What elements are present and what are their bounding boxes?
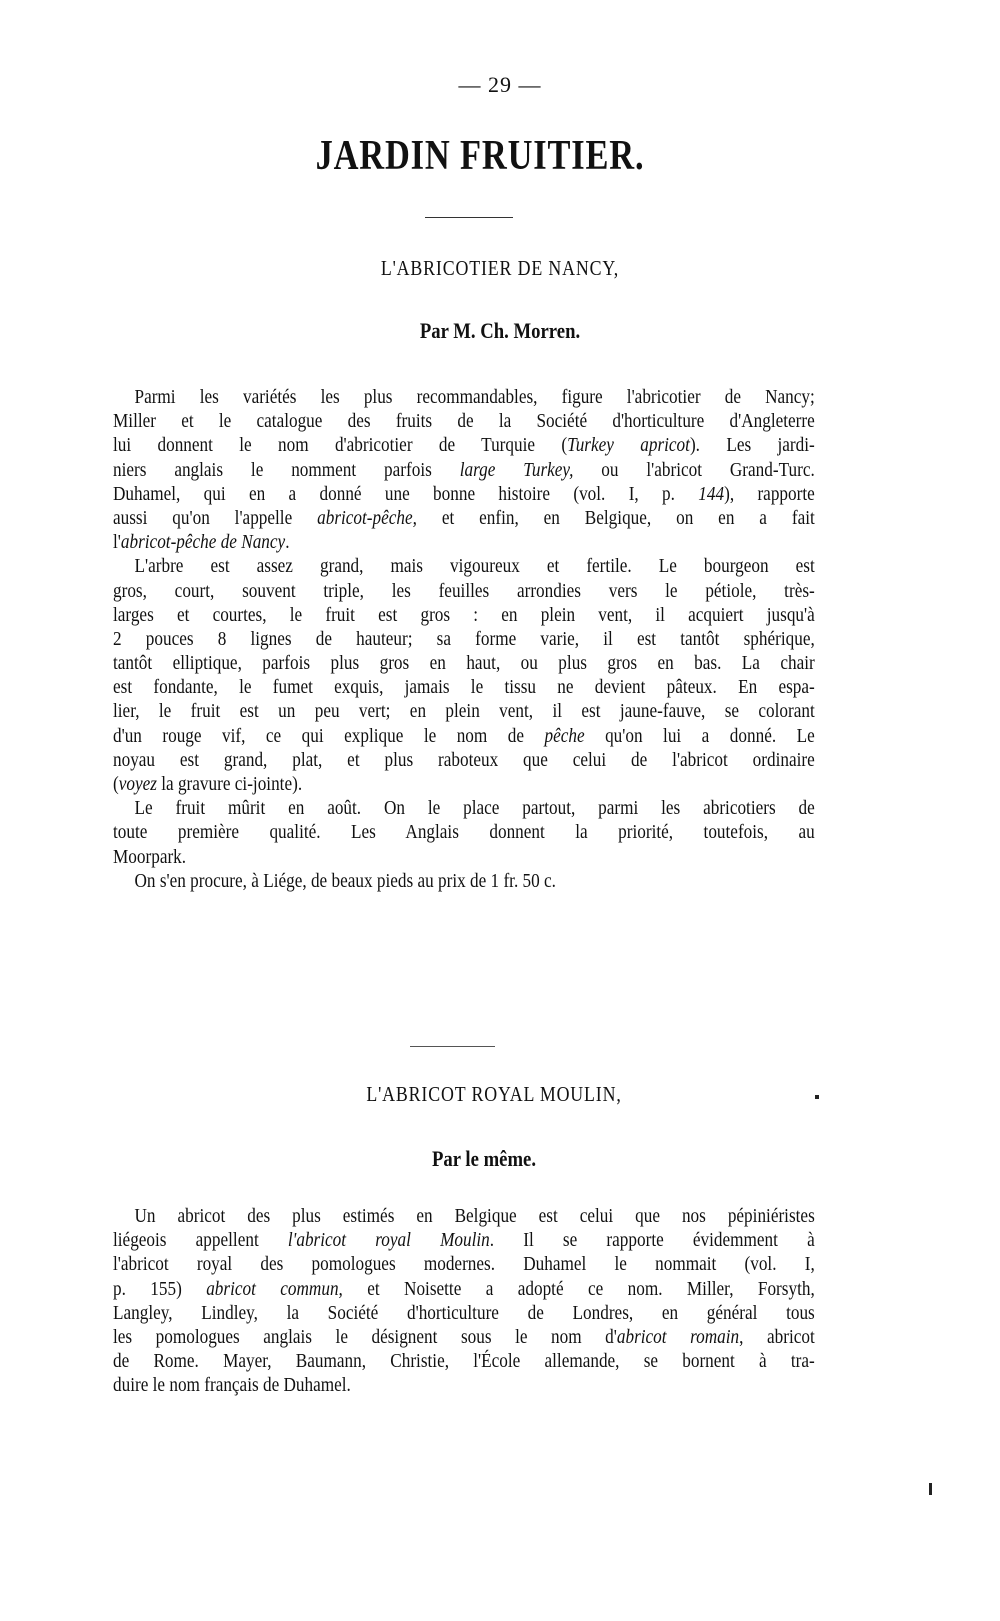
italic-text: abricot romain: [617, 1326, 739, 1348]
text-line: les pomologues anglais le désignent sous…: [113, 1325, 815, 1349]
italic-text: 144: [698, 483, 724, 505]
text-segment: gros, court, souvent triple, les feuille…: [113, 580, 815, 602]
text-segment: tantôt elliptique, parfois plus gros en …: [113, 652, 815, 674]
text-segment: l': [113, 531, 121, 553]
text-segment: de Rome. Mayer, Baumann, Christie, l'Éco…: [113, 1350, 815, 1372]
text-line: gros, court, souvent triple, les feuille…: [113, 579, 815, 603]
text-line: lier, le fruit est un peu vert; en plein…: [113, 699, 815, 723]
byline-par: Par: [432, 1146, 461, 1171]
text-line: Miller et le catalogue des fruits de la …: [113, 409, 815, 433]
text-line: est fondante, le fumet exquis, jamais le…: [113, 675, 815, 699]
text-line: liégeois appellent l'abricot royal Mouli…: [113, 1228, 815, 1252]
text-segment: Moorpark.: [113, 846, 186, 868]
text-segment: l'abricot royal des pomologues modernes.…: [113, 1253, 815, 1275]
italic-text: Turkey apricot: [567, 434, 690, 456]
byline-par: Par: [420, 318, 449, 343]
text-segment: et enfin, en Belgique, on en a fait: [417, 507, 815, 529]
text-segment: duire le nom français de Duhamel.: [113, 1374, 351, 1396]
section-divider: [410, 1046, 495, 1047]
italic-text: abricot commun,: [206, 1278, 343, 1300]
text-segment: Duhamel, qui en a donné une bonne histoi…: [113, 483, 698, 505]
byline-author: le même.: [465, 1146, 536, 1171]
text-line: 2 pouces 8 lignes de hauteur; sa forme v…: [113, 627, 815, 651]
title-divider: [425, 217, 513, 218]
text-segment: larges et courtes, le fruit est gros : e…: [113, 604, 815, 626]
text-segment: d'un rouge vif, ce qui explique le nom d…: [113, 725, 544, 747]
article-body: Parmi les variétés les plus recommandabl…: [113, 385, 815, 893]
text-segment: les pomologues anglais le désignent sous…: [113, 1326, 617, 1348]
text-segment: aussi qu'on l'appelle: [113, 507, 317, 529]
italic-text: voyez: [119, 773, 157, 795]
text-segment: et Noisette a adopté ce nom. Miller, For…: [343, 1278, 815, 1300]
text-segment: . Il se rapporte évidemment à: [490, 1229, 815, 1251]
italic-text: large Turkey,: [460, 459, 574, 481]
text-line: Moorpark.: [113, 845, 815, 869]
text-line: tantôt elliptique, parfois plus gros en …: [113, 651, 815, 675]
text-line: larges et courtes, le fruit est gros : e…: [113, 603, 815, 627]
italic-text: l'abricot royal Moulin: [288, 1229, 490, 1251]
text-line: Parmi les variétés les plus recommandabl…: [113, 385, 815, 409]
italic-text: abricot-pêche de Nancy: [121, 531, 285, 553]
text-segment: lui donnent le nom d'abricotier de Turqu…: [113, 434, 567, 456]
text-segment: L'arbre est assez grand, mais vigoureux …: [135, 555, 815, 577]
text-line: p. 155) abricot commun, et Noisette a ad…: [113, 1277, 815, 1301]
text-line: de Rome. Mayer, Baumann, Christie, l'Éco…: [113, 1349, 815, 1373]
text-line: lui donnent le nom d'abricotier de Turqu…: [113, 433, 815, 457]
text-segment: p. 155): [113, 1278, 206, 1300]
page-title: JARDIN FRUITIER.: [86, 132, 873, 180]
text-line: (voyez la gravure ci-jointe).: [113, 772, 815, 796]
text-segment: Miller et le catalogue des fruits de la …: [113, 410, 815, 432]
scan-speck: [815, 1095, 819, 1099]
text-line: Duhamel, qui en a donné une bonne histoi…: [113, 482, 815, 506]
text-line: duire le nom français de Duhamel.: [113, 1373, 815, 1397]
article-byline: Par le même.: [59, 1146, 909, 1172]
article-byline: Par M. Ch. Morren.: [75, 318, 925, 344]
text-line: niers anglais le nomment parfois large T…: [113, 458, 815, 482]
text-segment: Le fruit mûrit en août. On le place part…: [135, 797, 815, 819]
text-segment: Un abricot des plus estimés en Belgique …: [135, 1205, 815, 1227]
text-line: l'abricot royal des pomologues modernes.…: [113, 1252, 815, 1276]
text-segment: est fondante, le fumet exquis, jamais le…: [113, 676, 815, 698]
text-segment: toute première qualité. Les Anglais donn…: [113, 821, 815, 843]
text-segment: ou l'abricot Grand-Turc.: [573, 459, 814, 481]
text-segment: lier, le fruit est un peu vert; en plein…: [113, 700, 815, 722]
text-segment: Parmi les variétés les plus recommandabl…: [135, 386, 815, 408]
text-line: aussi qu'on l'appelle abricot-pêche, et …: [113, 506, 815, 530]
italic-text: abricot-pêche,: [317, 507, 417, 529]
text-line: L'arbre est assez grand, mais vigoureux …: [113, 554, 815, 578]
article-title: L'ABRICOTIER DE NANCY,: [75, 256, 925, 281]
text-line: Un abricot des plus estimés en Belgique …: [113, 1204, 815, 1228]
text-line: d'un rouge vif, ce qui explique le nom d…: [113, 724, 815, 748]
text-segment: ), rapporte: [724, 483, 815, 505]
text-segment: , abricot: [739, 1326, 815, 1348]
text-segment: la gravure ci-jointe).: [157, 773, 302, 795]
text-segment: qu'on lui a donné. Le: [585, 725, 815, 747]
text-segment: Langley, Lindley, la Société d'horticult…: [113, 1302, 815, 1324]
text-line: On s'en procure, à Liége, de beaux pieds…: [113, 869, 815, 893]
text-line: noyau est grand, plat, et plus raboteux …: [113, 748, 815, 772]
byline-author: M. Ch. Morren.: [453, 318, 580, 343]
text-segment: On s'en procure, à Liége, de beaux pieds…: [135, 870, 556, 892]
text-line: l'abricot-pêche de Nancy.: [113, 530, 815, 554]
text-line: Le fruit mûrit en août. On le place part…: [113, 796, 815, 820]
text-segment: niers anglais le nomment parfois: [113, 459, 460, 481]
text-line: toute première qualité. Les Anglais donn…: [113, 820, 815, 844]
italic-text: pêche: [544, 725, 584, 747]
scan-speck: [929, 1483, 932, 1495]
text-segment: ). Les jardi-: [690, 434, 815, 456]
article-title: L'ABRICOT ROYAL MOULIN,: [69, 1082, 919, 1107]
text-segment: noyau est grand, plat, et plus raboteux …: [113, 749, 815, 771]
text-segment: 2 pouces 8 lignes de hauteur; sa forme v…: [113, 628, 815, 650]
article-body: Un abricot des plus estimés en Belgique …: [113, 1204, 815, 1398]
text-segment: liégeois appellent: [113, 1229, 288, 1251]
page-number: — 29 —: [0, 72, 1000, 98]
text-line: Langley, Lindley, la Société d'horticult…: [113, 1301, 815, 1325]
text-segment: .: [285, 531, 289, 553]
